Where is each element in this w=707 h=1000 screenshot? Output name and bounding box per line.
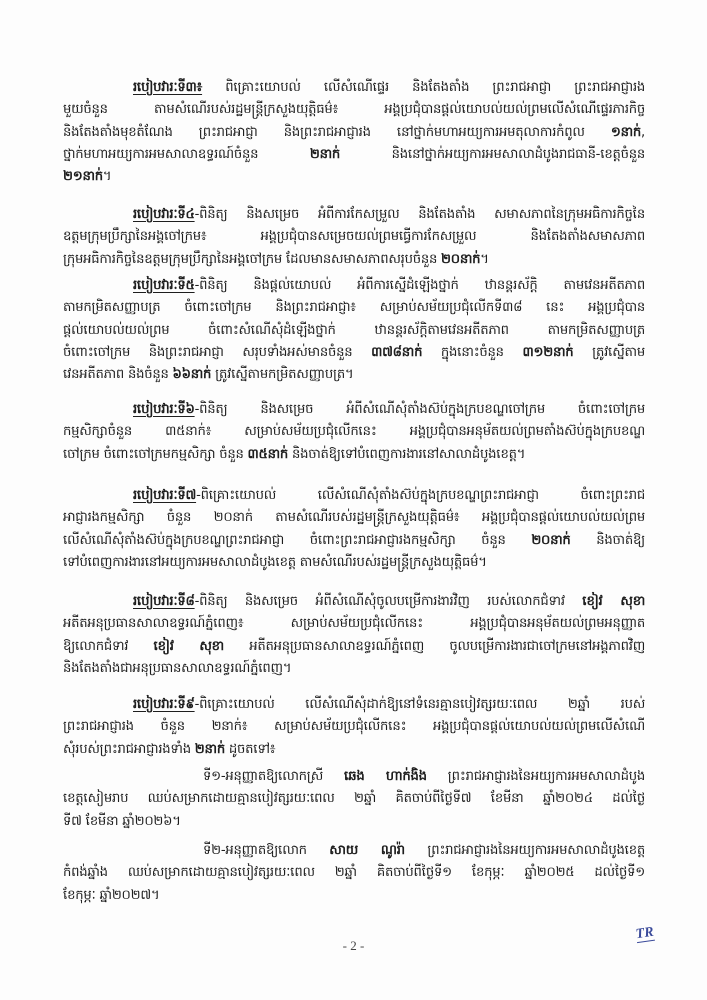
line-text: ឧត្តមក្រុមប្រឹក្សានៃអង្គចៅក្រម៖ អង្គប្រជ…	[63, 229, 645, 244]
line-text: ខេត្តសៀមរាប ឈប់សម្រាកដោយគ្មានបៀវត្សរយៈពេ…	[63, 791, 645, 806]
text-line: ថ្នាក់មហាអយ្យការអមសាលាឧទ្ធរណ៍ចំនួន ២នាក់…	[63, 144, 645, 166]
text-line: ផ្តល់យោបល់យល់ព្រម ចំពោះសំណើសុំដំឡើងថ្នាក…	[63, 320, 645, 342]
line-text: ចៅក្រម ចំពោះចៅក្រមកម្មសិក្សា ចំនួន	[63, 447, 248, 462]
count-bold: ២នាក់	[310, 147, 340, 162]
line-text: តាមកម្រិតសញ្ញាបត្រ ចំពោះចៅក្រម និងព្រះរា…	[63, 300, 645, 315]
text-line: វេនអតីតភាព និងចំនួន ៦៦នាក់ ត្រូវស្នើតាមក…	[63, 364, 645, 386]
text-line: របៀបវារៈទី៤-ពិនិត្យ និងសម្រេច អំពីការកែស…	[63, 204, 645, 226]
count-bold: ៦៦នាក់	[173, 367, 212, 382]
line-text: ផ្តល់យោបល់យល់ព្រម ចំពោះសំណើសុំដំឡើងថ្នាក…	[63, 323, 645, 338]
count-bold: ៣៧៨នាក់	[371, 345, 422, 360]
agenda-item-4: របៀបវារៈទី៤-ពិនិត្យ និងសម្រេច អំពីការកែស…	[63, 204, 645, 271]
text-line: តាមកម្រិតសញ្ញាបត្រ ចំពោះចៅក្រម និងព្រះរា…	[63, 297, 645, 319]
agenda-item-5: របៀបវារៈទី៥-ពិនិត្យ និងផ្តល់យោបល់ អំពីកា…	[63, 275, 645, 386]
text-line: របៀបវារៈទី៣៖ ពិគ្រោះយោបល់ លើសំណើផ្ទេរ និ…	[63, 77, 645, 99]
line-text: អតីតអនុប្រធានសាលាឧទ្ធរណ៍ភ្នំពេញ៖ សម្រាប់…	[63, 616, 645, 631]
text-line: និងតែងតាំងជាអនុប្រធានសាលាឧទ្ធរណ៍ភ្នំពេញ។	[63, 658, 645, 680]
line-text: ពិគ្រោះយោបល់ លើសំណើផ្ទេរ និងតែងតាំង ព្រះ…	[202, 80, 645, 95]
text-line: ទៅបំពេញការងារនៅអយ្យការអមសាលាដំបូងខេត្ត ត…	[63, 552, 645, 574]
line-text: កម្មសិក្សាចំនួន ៣៥នាក់៖ សម្រាប់សម័យប្រជុ…	[63, 424, 645, 439]
text-line: អតីតអនុប្រធានសាលាឧទ្ធរណ៍ភ្នំពេញ៖ សម្រាប់…	[63, 613, 645, 635]
line-text: ។	[103, 169, 111, 184]
line-text: ព្រះរាជអាជ្ញារង ចំនួន ២នាក់៖ សម្រាប់សម័យ…	[63, 719, 645, 734]
line-text: ទី៧ ខែមីនា ឆ្នាំ២០២៦។	[63, 814, 181, 829]
text-line: ទី១-អនុញ្ញាតឱ្យលោកស្រី ឆេង ហាក់ងិង ព្រះរ…	[63, 766, 645, 788]
line-text: លើសំណើសុំតាំងស៊ប់ក្នុងក្របខណ្ឌព្រះរាជអាជ…	[63, 533, 531, 548]
agenda-label: របៀបវារៈទី៩	[133, 697, 195, 712]
line-text: ព្រះរាជអាជ្ញារងនៃអយ្យការអមសាលាដំបូង	[427, 769, 645, 784]
line-text: ទី១-អនុញ្ញាតឱ្យលោកស្រី	[203, 769, 344, 784]
text-line: ខេត្តសៀមរាប ឈប់សម្រាកដោយគ្មានបៀវត្សរយៈពេ…	[63, 788, 645, 810]
sub-item-2: ទី២-អនុញ្ញាតឱ្យលោក សាយ ណូរ៉ា ព្រះរាជអាជ្…	[63, 840, 645, 907]
line-text: ត្រូវស្នើតាម	[573, 345, 645, 360]
agenda-label: របៀបវារៈទី៦	[133, 402, 195, 417]
person-name-bold: ខៀវ សុខា	[582, 594, 645, 609]
line-text: ដូចតទៅ៖	[225, 742, 275, 757]
person-name-bold: សាយ ណូរ៉ា	[329, 843, 405, 858]
agenda-item-6: របៀបវារៈទី៦-ពិនិត្យ និងសម្រេច អំពីសំណើសុ…	[63, 399, 645, 466]
text-line: ទី២-អនុញ្ញាតឱ្យលោក សាយ ណូរ៉ា ព្រះរាជអាជ្…	[63, 840, 645, 862]
line-text: ក្នុងនោះចំនួន	[422, 345, 522, 360]
line-text: និងចាត់ឱ្យ	[571, 533, 645, 548]
text-line: ២១នាក់។	[63, 166, 645, 188]
line-text: ក្រុមអធិការកិច្ចនៃឧត្តមក្រុមប្រឹក្សានៃអង…	[63, 252, 441, 267]
text-line: ចៅក្រម ចំពោះចៅក្រមកម្មសិក្សា ចំនួន ៣៥នាក…	[63, 444, 645, 466]
text-line: ខែកុម្ភៈ ឆ្នាំ២០២៧។	[63, 885, 645, 907]
agenda-label: របៀបវារៈទី៣៖	[133, 80, 202, 95]
agenda-item-9: របៀបវារៈទី៩-ពិគ្រោះយោបល់ លើសំណើសុំដាក់ឱ្…	[63, 694, 645, 761]
line-text: -ពិនិត្យ និងសម្រេច អំពីសំណើសុំចូលបម្រើកា…	[195, 594, 583, 609]
text-line: ចំពោះចៅក្រម និងព្រះរាជអាជ្ញា សរុបទាំងអស់…	[63, 342, 645, 364]
line-text: ឱ្យលោកជំទាវ	[63, 639, 154, 654]
person-name-bold: ខៀវ សុខា	[154, 639, 224, 654]
line-text: ទៅបំពេញការងារនៅអយ្យការអមសាលាដំបូងខេត្ត ត…	[63, 555, 487, 570]
agenda-item-8: របៀបវារៈទី៨-ពិនិត្យ និងសម្រេច អំពីសំណើសុ…	[63, 591, 645, 680]
text-line: របៀបវារៈទី៨-ពិនិត្យ និងសម្រេច អំពីសំណើសុ…	[63, 591, 645, 613]
count-bold: ២០នាក់	[531, 533, 570, 548]
line-text: វេនអតីតភាព និងចំនួន	[63, 367, 173, 382]
text-line: ឱ្យលោកជំទាវ ខៀវ សុខា អតីតអនុប្រធានសាលាឧទ…	[63, 636, 645, 658]
line-text: អាជ្ញារងកម្មសិក្សា ចំនួន ២០នាក់ តាមសំណើរ…	[63, 510, 645, 525]
agenda-label: របៀបវារៈទី៨	[133, 594, 195, 609]
count-bold: ២នាក់	[195, 742, 225, 757]
text-line: កម្មសិក្សាចំនួន ៣៥នាក់៖ សម្រាប់សម័យប្រជុ…	[63, 421, 645, 443]
text-line: របៀបវារៈទី៦-ពិនិត្យ និងសម្រេច អំពីសំណើសុ…	[63, 399, 645, 421]
line-text: ចំពោះចៅក្រម និងព្រះរាជអាជ្ញា សរុបទាំងអស់…	[63, 345, 371, 360]
line-text: ។	[480, 252, 488, 267]
line-text: និងតែងតាំងមុខតំណែង ព្រះរាជអាជ្ញា និងព្រះ…	[63, 125, 611, 140]
text-line: អាជ្ញារងកម្មសិក្សា ចំនួន ២០នាក់ តាមសំណើរ…	[63, 507, 645, 529]
line-text: មួយចំនួន តាមសំណើរបស់រដ្ឋមន្ត្រីក្រសួងយុត…	[63, 102, 645, 117]
line-text: -ពិនិត្យ និងសម្រេច អំពីសំណើសុំតាំងស៊ប់ក្…	[195, 402, 645, 417]
text-line: របៀបវារៈទី៧-ពិគ្រោះយោបល់ លើសំណើសុំតាំងស៊…	[63, 485, 645, 507]
text-line: របៀបវារៈទី៩-ពិគ្រោះយោបល់ លើសំណើសុំដាក់ឱ្…	[63, 694, 645, 716]
agenda-label: របៀបវារៈទី៤	[133, 207, 195, 222]
text-line: មួយចំនួន តាមសំណើរបស់រដ្ឋមន្ត្រីក្រសួងយុត…	[63, 99, 645, 121]
text-line: សុំរបស់ព្រះរាជអាជ្ញារងទាំង ២នាក់ ដូចតទៅ៖	[63, 739, 645, 761]
agenda-label: របៀបវារៈទី៥	[133, 278, 195, 293]
text-line: ទី៧ ខែមីនា ឆ្នាំ២០២៦។	[63, 811, 645, 833]
count-bold: ២០នាក់	[441, 252, 480, 267]
person-name-bold: ឆេង ហាក់ងិង	[344, 769, 427, 784]
count-bold: ៣១២នាក់	[522, 345, 573, 360]
handwritten-initials: TR	[635, 926, 655, 943]
line-text: -ពិនិត្យ និងផ្តល់យោបល់ អំពីការស្នើដំឡើងថ…	[195, 278, 645, 293]
count-bold: ៣៥នាក់	[248, 447, 289, 462]
text-line: ក្រុមអធិការកិច្ចនៃឧត្តមក្រុមប្រឹក្សានៃអង…	[63, 249, 645, 271]
line-text: និងនៅថ្នាក់អយ្យការអមសាលាដំបូងរាជធានី-ខេត…	[340, 147, 645, 162]
text-line: កំពង់ឆ្នាំង ឈប់សម្រាកដោយគ្មានបៀវត្សរយៈពេ…	[63, 862, 645, 884]
text-line: លើសំណើសុំតាំងស៊ប់ក្នុងក្របខណ្ឌព្រះរាជអាជ…	[63, 530, 645, 552]
line-text: ថ្នាក់មហាអយ្យការអមសាលាឧទ្ធរណ៍ចំនួន	[63, 147, 310, 162]
line-text: ទី២-អនុញ្ញាតឱ្យលោក	[203, 843, 329, 858]
document-page: របៀបវារៈទី៣៖ ពិគ្រោះយោបល់ លើសំណើផ្ទេរ និ…	[0, 0, 707, 1000]
line-text: ,	[641, 125, 645, 140]
line-text: -ពិគ្រោះយោបល់ លើសំណើសុំដាក់ឱ្យនៅទំនេរគ្ម…	[195, 697, 645, 712]
count-bold: ១នាក់	[611, 125, 641, 140]
line-text: ខែកុម្ភៈ ឆ្នាំ២០២៧។	[63, 888, 159, 903]
line-text: អតីតអនុប្រធានសាលាឧទ្ធរណ៍ភ្នំពេញ ចូលបម្រើ…	[224, 639, 645, 654]
line-text: -ពិគ្រោះយោបល់ លើសំណើសុំតាំងស៊ប់ក្នុងក្រប…	[196, 488, 645, 503]
agenda-item-3: របៀបវារៈទី៣៖ ពិគ្រោះយោបល់ លើសំណើផ្ទេរ និ…	[63, 77, 645, 188]
line-text: កំពង់ឆ្នាំង ឈប់សម្រាកដោយគ្មានបៀវត្សរយៈពេ…	[63, 865, 645, 880]
agenda-item-7: របៀបវារៈទី៧-ពិគ្រោះយោបល់ លើសំណើសុំតាំងស៊…	[63, 485, 645, 574]
line-text: ត្រូវស្នើតាមកម្រិតសញ្ញាបត្រ។	[211, 367, 353, 382]
line-text: និងតែងតាំងជាអនុប្រធានសាលាឧទ្ធរណ៍ភ្នំពេញ។	[63, 661, 291, 676]
text-line: និងតែងតាំងមុខតំណែង ព្រះរាជអាជ្ញា និងព្រះ…	[63, 122, 645, 144]
line-text: និងចាត់ឱ្យទៅបំពេញការងារនៅសាលាដំបូងខេត្ត។	[288, 447, 525, 462]
sub-item-1: ទី១-អនុញ្ញាតឱ្យលោកស្រី ឆេង ហាក់ងិង ព្រះរ…	[63, 766, 645, 833]
line-text: ព្រះរាជអាជ្ញារងនៃអយ្យការអមសាលាដំបូងខេត្ត	[405, 843, 645, 858]
line-text: សុំរបស់ព្រះរាជអាជ្ញារងទាំង	[63, 742, 195, 757]
line-text: -ពិនិត្យ និងសម្រេច អំពីការកែសម្រួល និងតែ…	[195, 207, 645, 222]
agenda-label: របៀបវារៈទី៧	[133, 488, 196, 503]
text-line: ឧត្តមក្រុមប្រឹក្សានៃអង្គចៅក្រម៖ អង្គប្រជ…	[63, 226, 645, 248]
text-line: ព្រះរាជអាជ្ញារង ចំនួន ២នាក់៖ សម្រាប់សម័យ…	[63, 716, 645, 738]
count-bold: ២១នាក់	[63, 169, 103, 184]
text-line: របៀបវារៈទី៥-ពិនិត្យ និងផ្តល់យោបល់ អំពីកា…	[63, 275, 645, 297]
page-number: - 2 -	[0, 938, 707, 954]
